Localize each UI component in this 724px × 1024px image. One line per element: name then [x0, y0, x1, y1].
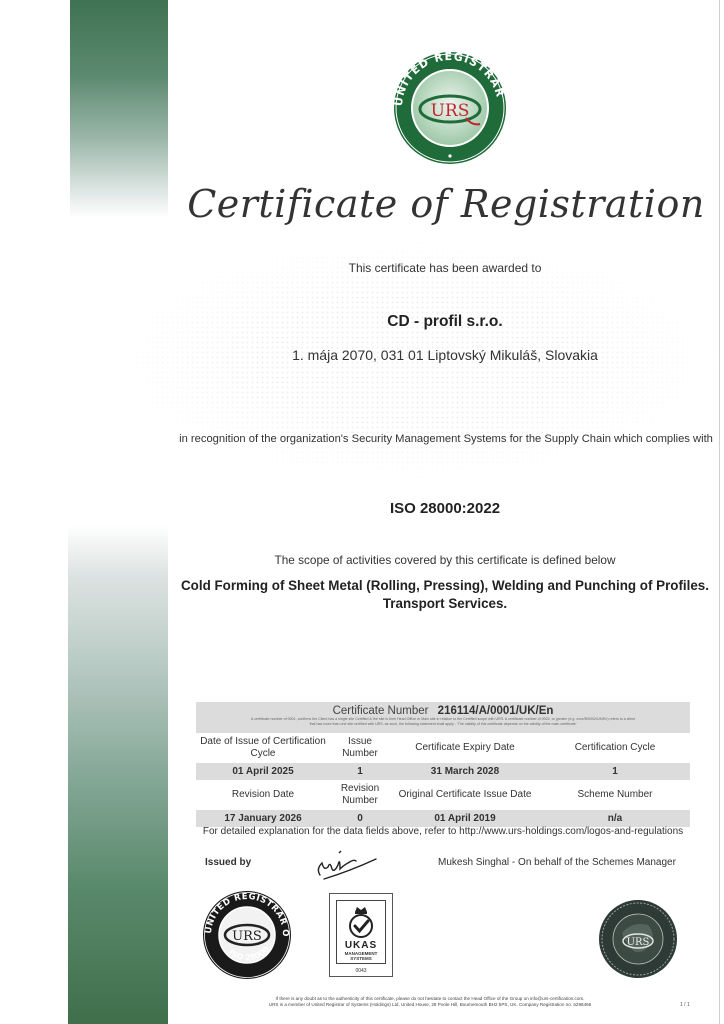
- value-issue-date: 01 April 2025: [196, 766, 330, 777]
- value-expiry-date: 31 March 2028: [390, 766, 540, 777]
- standard-name: ISO 28000:2022: [180, 500, 710, 517]
- scope-intro: The scope of activities covered by this …: [180, 553, 710, 567]
- label-scheme-number: Scheme Number: [540, 789, 690, 801]
- urs-logo: UNITED REGISTRAR OF SYSTEMS URS: [388, 48, 512, 164]
- label-original-issue-date: Original Certificate Issue Date: [390, 789, 540, 801]
- awarded-line: This certificate has been awarded to: [180, 261, 710, 275]
- footer-line-2: URS is a member of United Registrar of S…: [230, 1002, 630, 1008]
- value-revision-number: 0: [330, 813, 390, 824]
- company-address: 1. mája 2070, 031 01 Liptovský Mikuláš, …: [180, 347, 710, 363]
- green-gradient-bar-bottom: [68, 525, 168, 1024]
- urs-iso-seal: UNITED REGISTRAR OF SYSTEMS ISO 28000 UR…: [201, 889, 293, 981]
- certificate-details-table: Certificate Number 216114/A/0001/UK/En A…: [196, 702, 690, 827]
- label-certification-cycle: Certification Cycle: [540, 742, 690, 754]
- table-row-values-1: 01 April 2025 1 31 March 2028 1: [196, 763, 690, 780]
- ukas-sub-2: SYSTEMS: [330, 956, 392, 961]
- certificate-number-value: 216114/A/0001/UK/En: [438, 705, 554, 717]
- svg-text:URS: URS: [627, 937, 650, 948]
- ukas-badge: UKAS MANAGEMENT SYSTEMS 0043: [329, 893, 393, 977]
- footer-notice: If there is any doubt as to the authenti…: [230, 996, 630, 1008]
- fine-print-2: that has more than one site certified wi…: [196, 722, 690, 727]
- value-original-issue-date: 01 April 2019: [390, 813, 540, 824]
- urs-dark-seal: URS: [598, 899, 678, 979]
- green-gradient-bar-top: [70, 0, 168, 218]
- ukas-number: 0043: [330, 968, 392, 974]
- label-issue-date: Date of Issue of Certification Cycle: [196, 736, 330, 760]
- signer-name: Mukesh Singhal - On behalf of the Scheme…: [438, 857, 676, 868]
- scan-edge-line: [719, 0, 720, 1024]
- value-scheme-number: n/a: [540, 813, 690, 824]
- issued-by-label: Issued by: [205, 857, 251, 868]
- scope-of-activities: Cold Forming of Sheet Metal (Rolling, Pr…: [180, 577, 710, 613]
- table-row-values-2: 17 January 2026 0 01 April 2019 n/a: [196, 810, 690, 827]
- signature: [310, 845, 380, 883]
- certificate-title: Certificate of Registration: [168, 182, 724, 226]
- company-name: CD - profil s.r.o.: [180, 313, 710, 331]
- svg-text:URS: URS: [232, 929, 262, 944]
- ukas-wordmark: UKAS: [330, 940, 392, 951]
- label-issue-number: Issue Number: [330, 736, 390, 760]
- certificate-number-header: Certificate Number 216114/A/0001/UK/En A…: [196, 702, 690, 733]
- label-expiry-date: Certificate Expiry Date: [390, 742, 540, 754]
- details-explanation: For detailed explanation for the data fi…: [196, 826, 690, 837]
- scope-line-2: Transport Services.: [180, 595, 710, 613]
- value-certification-cycle: 1: [540, 766, 690, 777]
- label-revision-date: Revision Date: [196, 789, 330, 801]
- certificate-number-label: Certificate Number: [333, 705, 429, 717]
- svg-text:URS: URS: [431, 101, 470, 121]
- value-revision-date: 17 January 2026: [196, 813, 330, 824]
- recognition-statement: in recognition of the organization's Sec…: [176, 433, 716, 445]
- table-row-labels-2: Revision Date Revision Number Original C…: [196, 780, 690, 810]
- value-issue-number: 1: [330, 766, 390, 777]
- table-row-labels-1: Date of Issue of Certification Cycle Iss…: [196, 733, 690, 763]
- label-revision-number: Revision Number: [330, 783, 390, 807]
- page-number: 1 / 1: [680, 1002, 690, 1008]
- crown-check-icon: [343, 904, 379, 940]
- ukas-subtitle: MANAGEMENT SYSTEMS: [330, 951, 392, 961]
- scope-line-1: Cold Forming of Sheet Metal (Rolling, Pr…: [180, 577, 710, 595]
